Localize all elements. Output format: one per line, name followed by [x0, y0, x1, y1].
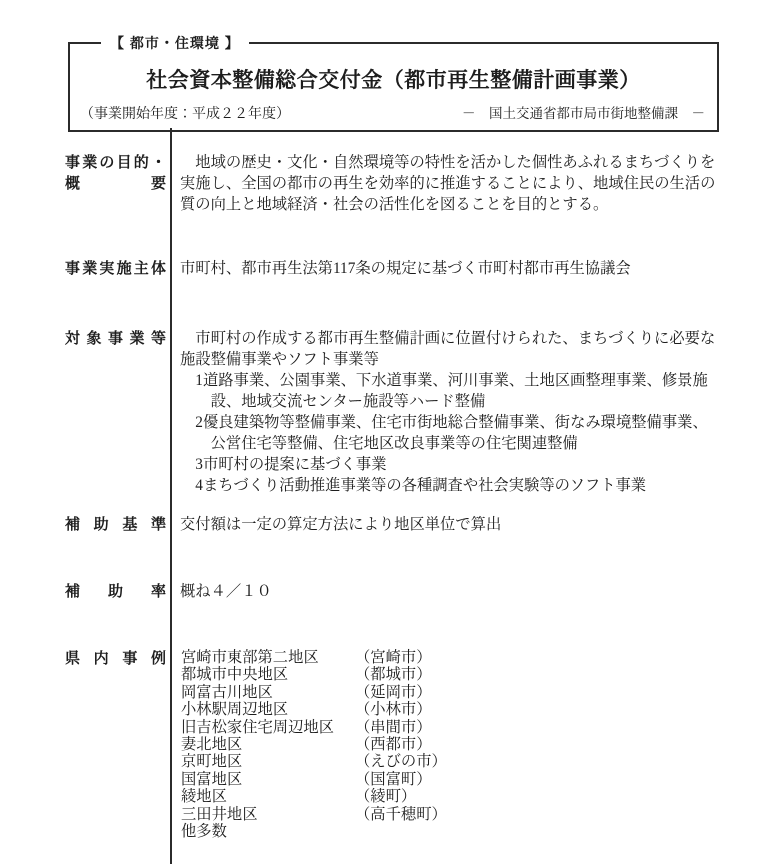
section-label-line: 事業実施主体 — [65, 258, 166, 279]
case-row: 宮崎市東部第二地区（宮崎市） — [181, 649, 601, 666]
case-district: 都城市中央地区 — [181, 666, 355, 683]
section-body-eligible-projects: 市町村の作成する都市再生整備計画に位置付けられた、まちづくりに必要な 施設整備事… — [180, 328, 746, 496]
section-label-subsidy-rate: 補助率 — [65, 581, 166, 602]
case-district: 三田井地区 — [181, 806, 355, 823]
case-district: 他多数 — [181, 823, 355, 840]
case-city: （西都市） — [355, 736, 432, 753]
case-district: 京町地区 — [181, 753, 355, 770]
case-row: 都城市中央地区（都城市） — [181, 666, 601, 683]
case-district: 小林駅周辺地区 — [181, 701, 355, 718]
case-row: 三田井地区（高千穂町） — [181, 806, 601, 823]
section-label-implementing-body: 事業実施主体 — [65, 258, 166, 279]
case-city: （延岡市） — [355, 684, 432, 701]
case-district: 綾地区 — [181, 788, 355, 805]
case-row: 国富地区（国富町） — [181, 771, 601, 788]
section-label-line: 事業の目的・ — [65, 152, 166, 173]
section-label-line: 県内事例 — [65, 648, 166, 669]
case-city: （綾町） — [355, 788, 416, 805]
case-row: 他多数 — [181, 823, 601, 840]
start-year-note: （事業開始年度：平成２２年度） — [80, 103, 290, 123]
case-city: （宮崎市） — [355, 649, 432, 666]
section-label-line: 補助率 — [65, 581, 166, 602]
section-body-subsidy-rate: 概ね４／１０ — [180, 581, 746, 602]
case-district: 妻北地区 — [181, 736, 355, 753]
section-body-subsidy-standard: 交付額は一定の算定方法により地区単位で算出 — [180, 514, 746, 535]
section-body-implementing-body: 市町村、都市再生法第117条の規定に基づく市町村都市再生協議会 — [180, 258, 746, 279]
section-label-line: 補助基準 — [65, 514, 166, 535]
case-row: 小林駅周辺地区（小林市） — [181, 701, 601, 718]
section-label-subsidy-standard: 補助基準 — [65, 514, 166, 535]
case-row: 妻北地区（西都市） — [181, 736, 601, 753]
case-city: （串間市） — [355, 719, 432, 736]
case-district: 宮崎市東部第二地区 — [181, 649, 355, 666]
section-label-line: 対象事業等 — [65, 328, 166, 349]
case-row: 京町地区（えびの市） — [181, 753, 601, 770]
case-row: 旧吉松家住宅周辺地区（串間市） — [181, 719, 601, 736]
header-meta-row: （事業開始年度：平成２２年度） － 国土交通省都市局市街地整備課 － — [80, 102, 705, 123]
case-city: （都城市） — [355, 666, 432, 683]
section-label-eligible-projects: 対象事業等 — [65, 328, 166, 349]
section-label-prefecture-cases: 県内事例 — [65, 648, 166, 669]
case-city: （えびの市） — [355, 753, 447, 770]
column-divider — [170, 128, 172, 864]
case-city: （国富町） — [355, 771, 432, 788]
category-tag: 【 都市・住環境 】 — [101, 33, 249, 53]
case-district: 国富地区 — [181, 771, 355, 788]
document-title: 社会資本整備総合交付金（都市再生整備計画事業） — [70, 64, 717, 94]
case-row: 岡富古川地区（延岡市） — [181, 684, 601, 701]
document-page: 社会資本整備総合交付金（都市再生整備計画事業） （事業開始年度：平成２２年度） … — [0, 0, 773, 864]
case-district: 岡富古川地区 — [181, 684, 355, 701]
case-district: 旧吉松家住宅周辺地区 — [181, 719, 355, 736]
section-label-line: 概要 — [65, 173, 166, 194]
section-label-purpose: 事業の目的・ 概要 — [65, 152, 166, 194]
case-city: （小林市） — [355, 701, 432, 718]
case-list: 宮崎市東部第二地区（宮崎市） 都城市中央地区（都城市） 岡富古川地区（延岡市） … — [181, 649, 601, 840]
case-row: 綾地区（綾町） — [181, 788, 601, 805]
department-credit: － 国土交通省都市局市街地整備課 － — [462, 102, 705, 122]
case-city: （高千穂町） — [355, 806, 447, 823]
section-body-purpose: 地域の歴史・文化・自然環境等の特性を活かした個性あふれるまちづくりを 実施し、全… — [180, 152, 746, 215]
header-box: 社会資本整備総合交付金（都市再生整備計画事業） （事業開始年度：平成２２年度） … — [68, 42, 719, 132]
